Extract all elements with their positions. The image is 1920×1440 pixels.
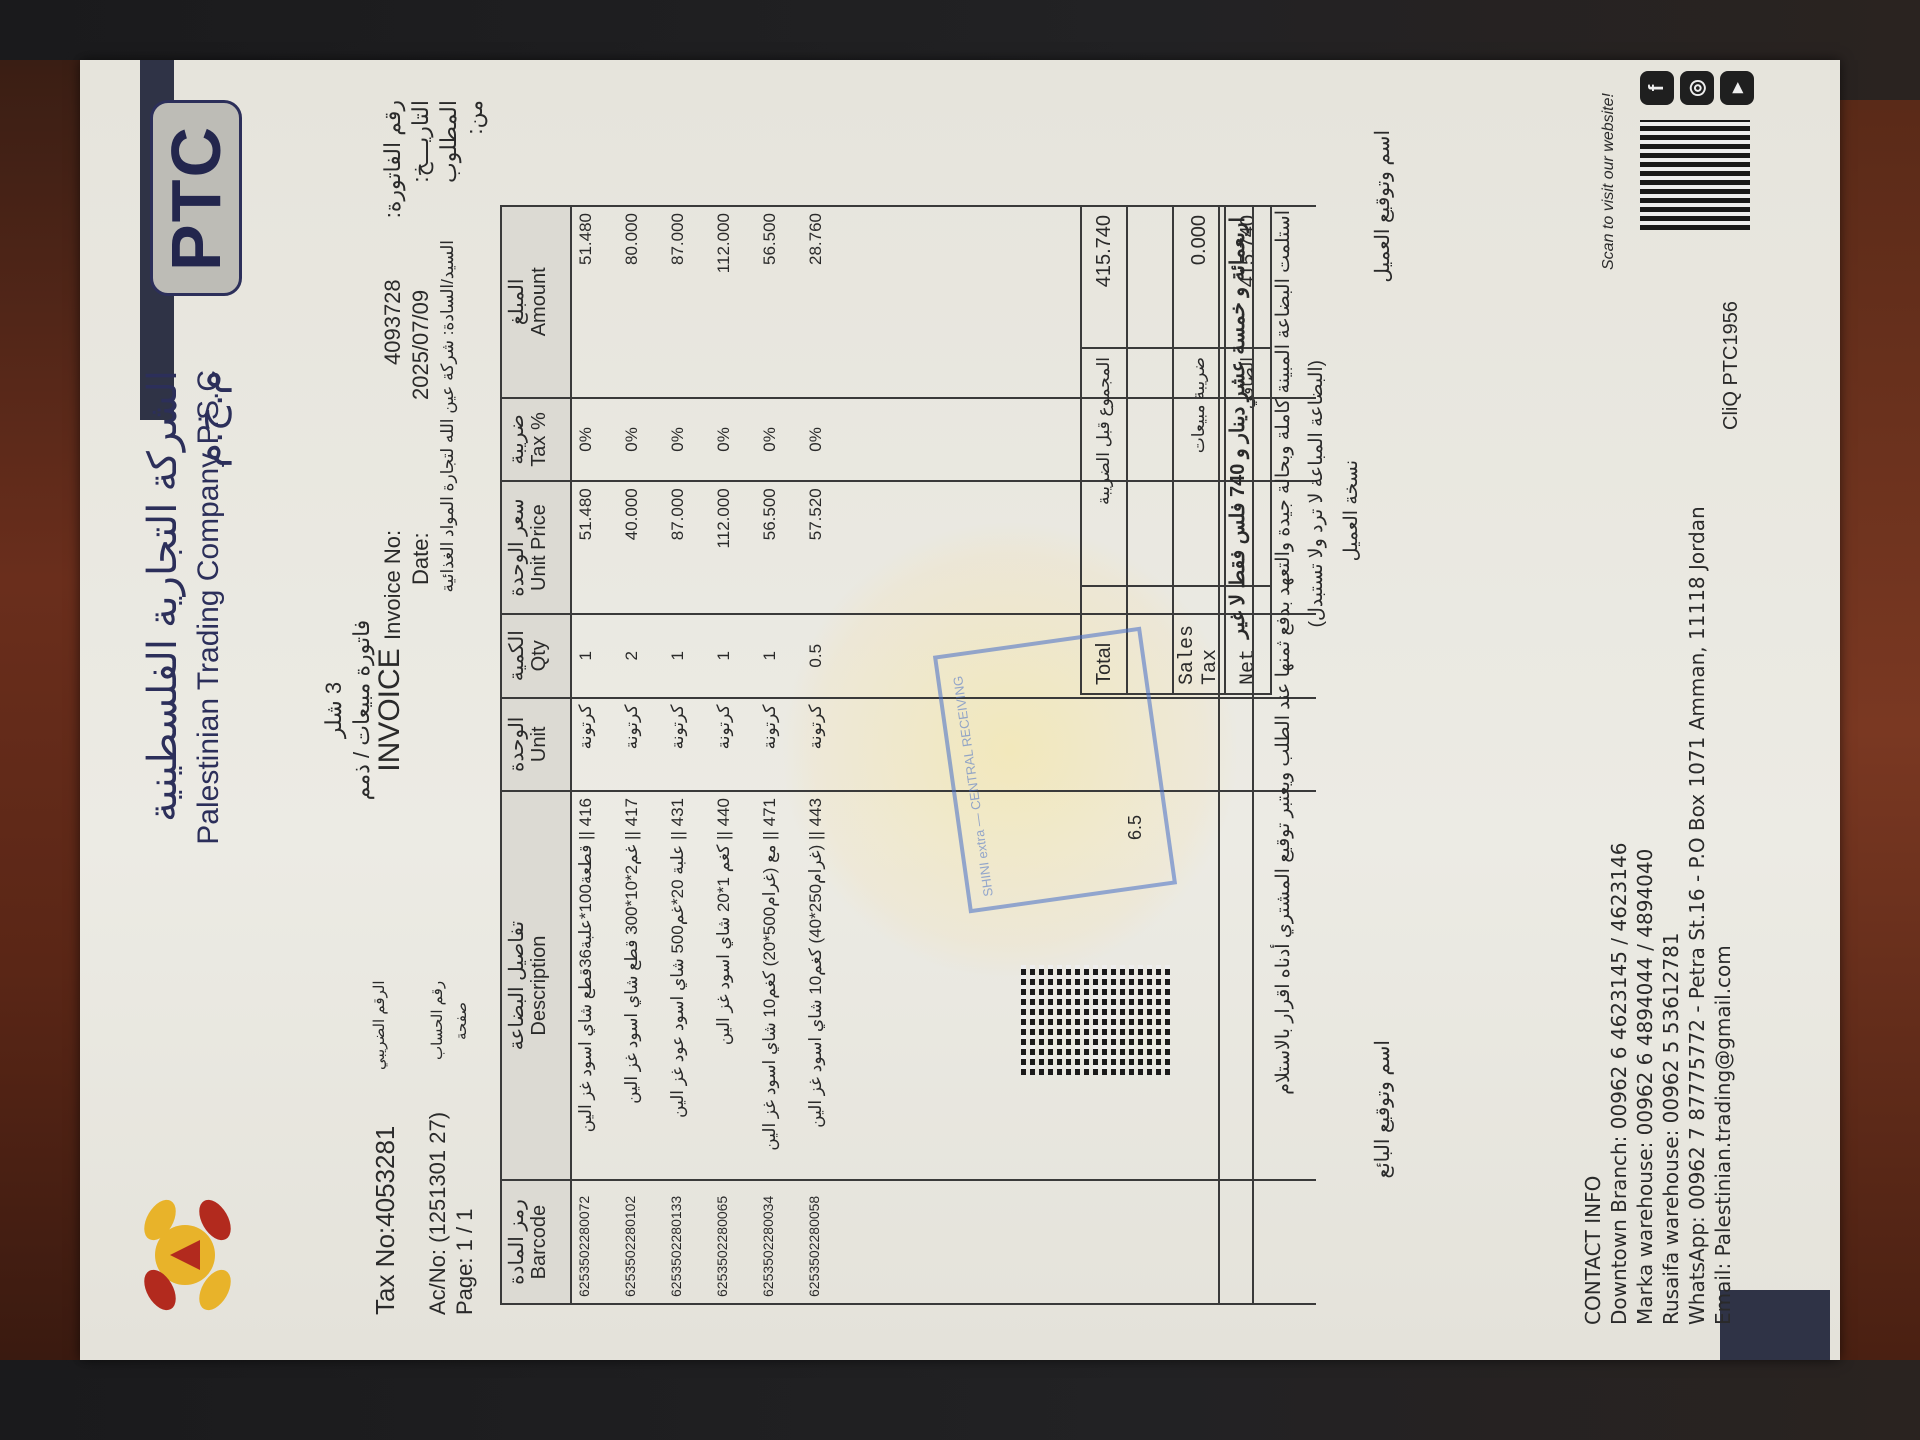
- cell-barcode: 6253502280065: [710, 1180, 756, 1304]
- table-row: 6253502280102417 || غم2*10*300 قطع شاي ا…: [618, 206, 664, 1304]
- cell-description: 471 || مع (غرام500*20) كغم10 شاي اسود غز…: [756, 791, 802, 1180]
- customer-label-ar: المطلوب من:: [436, 100, 488, 220]
- cell-description: 440 || كغم 1*20 شاي اسود غز الين: [710, 791, 756, 1180]
- scan-text: Scan to visit our website!: [1600, 93, 1618, 270]
- ptc-badge: PTC: [150, 100, 242, 296]
- cell-unit-price: 87.000: [664, 481, 710, 614]
- cell-qty: 1: [664, 614, 710, 698]
- cell-barcode: 6253502280133: [664, 1180, 710, 1304]
- invoice-document: PTC الشركة التجارية الفلسطينية م.خ.م Pal…: [80, 60, 1840, 1360]
- youtube-icon: ▸: [1720, 71, 1754, 105]
- cell-tax: 0%: [710, 398, 756, 482]
- invoice-no-label: Invoice No:: [380, 530, 406, 640]
- col-qty: الكميةQty: [501, 614, 571, 698]
- col-unit: الوحدةUnit: [501, 698, 571, 791]
- cell-amount: 112.000: [710, 206, 756, 398]
- cliq-id: CliQ PTC1956: [1720, 301, 1743, 430]
- cell-description: 443 || (غرام250*40) كغم10 شاي اسود غز ال…: [802, 791, 848, 1180]
- cell-tax: 0%: [571, 398, 618, 482]
- col-tax: ضريبةTax %: [501, 398, 571, 482]
- col-unit-price: سعر الوحدةUnit Price: [501, 481, 571, 614]
- cell-unit-price: 57.520: [802, 481, 848, 614]
- invoice-title-line2: فاتورة مبيعات / ذمم: [348, 560, 376, 860]
- invoice-no-ar: رقم الفاتورة:: [380, 100, 406, 220]
- col-barcode: رمز المادةBarcode: [501, 1180, 571, 1304]
- page-number: Page: 1 / 1: [452, 1209, 478, 1315]
- customer-signature-label: اسم وتوقيع العميل: [1370, 130, 1395, 330]
- tax-number-ar: الرقم الضريبي: [370, 980, 388, 1070]
- total-row: Total المجموع قبل الضريبة 415.740: [1081, 206, 1127, 694]
- cell-amount: 80.000: [618, 206, 664, 398]
- receipt-note: استلمت البضاعة المبينة كاملة وبحالة جيدة…: [1272, 210, 1295, 1160]
- instagram-icon: ◎: [1680, 71, 1714, 105]
- cell-unit-price: 56.500: [756, 481, 802, 614]
- cell-description: 431 || علبة 20*غم500 شاي اسود عود غز الي…: [664, 791, 710, 1180]
- table-row: 6253502280133431 || علبة 20*غم500 شاي اس…: [664, 206, 710, 1304]
- col-description: تفاصيل البضاعةDescription: [501, 791, 571, 1180]
- amount-in-words: اربعمائة و خمسة عشر دينار و 740 فلس فقط …: [1218, 205, 1254, 1305]
- table-row: 6253502280034471 || مع (غرام500*20) كغم1…: [756, 206, 802, 1304]
- cell-qty: 2: [618, 614, 664, 698]
- company-name-en: Palestinian Trading Company P.S.C: [192, 370, 226, 930]
- date-label-ar: التاريـــخ:: [408, 100, 434, 220]
- cell-unit-price: 40.000: [618, 481, 664, 614]
- page-number-ar: صفحة: [452, 1002, 470, 1040]
- total-value: 415.740: [1081, 206, 1127, 348]
- account-number-ar: رقم الحساب: [428, 981, 446, 1060]
- cell-barcode: 6253502280072: [571, 1180, 618, 1304]
- cell-amount: 28.760: [802, 206, 848, 398]
- invoice-title-line1: 3 شلر: [320, 560, 348, 860]
- cell-description: 416 || قطعة100*علبة36قطع شاي اسود غز الي…: [571, 791, 618, 1180]
- col-amount: المبلغAmount: [501, 206, 571, 398]
- invoice-date: 2025/07/09: [408, 290, 434, 400]
- table-row: 6253502280058443 || (غرام250*40) كغم10 ش…: [802, 206, 848, 1304]
- facebook-icon: f: [1640, 71, 1674, 105]
- table-row: 6253502280065440 || كغم 1*20 شاي اسود غز…: [710, 206, 756, 1304]
- cell-unit: كرتونة: [571, 698, 618, 791]
- seller-signature-label: اسم وتوقيع البائع: [1370, 1040, 1395, 1240]
- cell-tax: 0%: [802, 398, 848, 482]
- cell-tax: 0%: [756, 398, 802, 482]
- cell-unit: كرتونة: [756, 698, 802, 791]
- cell-unit: كرتونة: [664, 698, 710, 791]
- customer-name: السيد/السادة: شركة عين الله لتجارة الموا…: [438, 240, 458, 760]
- cell-unit-price: 112.000: [710, 481, 756, 614]
- cell-amount: 56.500: [756, 206, 802, 398]
- no-return-note: (البضاعة المباعة لا ترد ولا تستبدل): [1305, 360, 1328, 760]
- account-number: Ac/No: (1251301 27): [425, 1112, 451, 1315]
- website-qr-code: [1640, 120, 1750, 230]
- date-label: Date:: [408, 532, 434, 585]
- cell-tax: 0%: [618, 398, 664, 482]
- cell-unit: كرتونة: [618, 698, 664, 791]
- company-logo-icon: [120, 1190, 250, 1320]
- customer-copy-label: نسخة العميل: [1340, 460, 1363, 760]
- cell-barcode: 6253502280058: [802, 1180, 848, 1304]
- tax-number: Tax No:4053281: [370, 1126, 401, 1315]
- social-icons: f ◎ ▸: [1640, 71, 1760, 105]
- cell-qty: 1: [756, 614, 802, 698]
- cell-unit-price: 51.480: [571, 481, 618, 614]
- invoice-no: 4093728: [380, 279, 406, 365]
- cell-amount: 51.480: [571, 206, 618, 398]
- cell-barcode: 6253502280034: [756, 1180, 802, 1304]
- cell-barcode: 6253502280102: [618, 1180, 664, 1304]
- cell-unit: كرتونة: [802, 698, 848, 791]
- background-surface: [1840, 100, 1920, 1360]
- decorative-stripe: [1720, 1290, 1830, 1360]
- table-row: 6253502280072416 || قطعة100*علبة36قطع شا…: [571, 206, 618, 1304]
- cell-qty: 0.5: [802, 614, 848, 698]
- cell-amount: 87.000: [664, 206, 710, 398]
- invoice-qr-code: [1020, 965, 1170, 1075]
- cell-qty: 1: [571, 614, 618, 698]
- receiving-stamp: SHINI extra — CENTRAL RECEIVING: [933, 627, 1177, 914]
- contact-info: CONTACT INFO Downtown Branch: 00962 6 46…: [1580, 506, 1736, 1325]
- contact-email: Email: Palestinian.trading@gmail.com: [1710, 506, 1736, 1325]
- table-header-row: رمز المادةBarcode تفاصيل البضاعةDescript…: [501, 206, 571, 1304]
- cell-unit: كرتونة: [710, 698, 756, 791]
- cell-qty: 1: [710, 614, 756, 698]
- cell-description: 417 || غم2*10*300 قطع شاي اسود غز الين: [618, 791, 664, 1180]
- cell-tax: 0%: [664, 398, 710, 482]
